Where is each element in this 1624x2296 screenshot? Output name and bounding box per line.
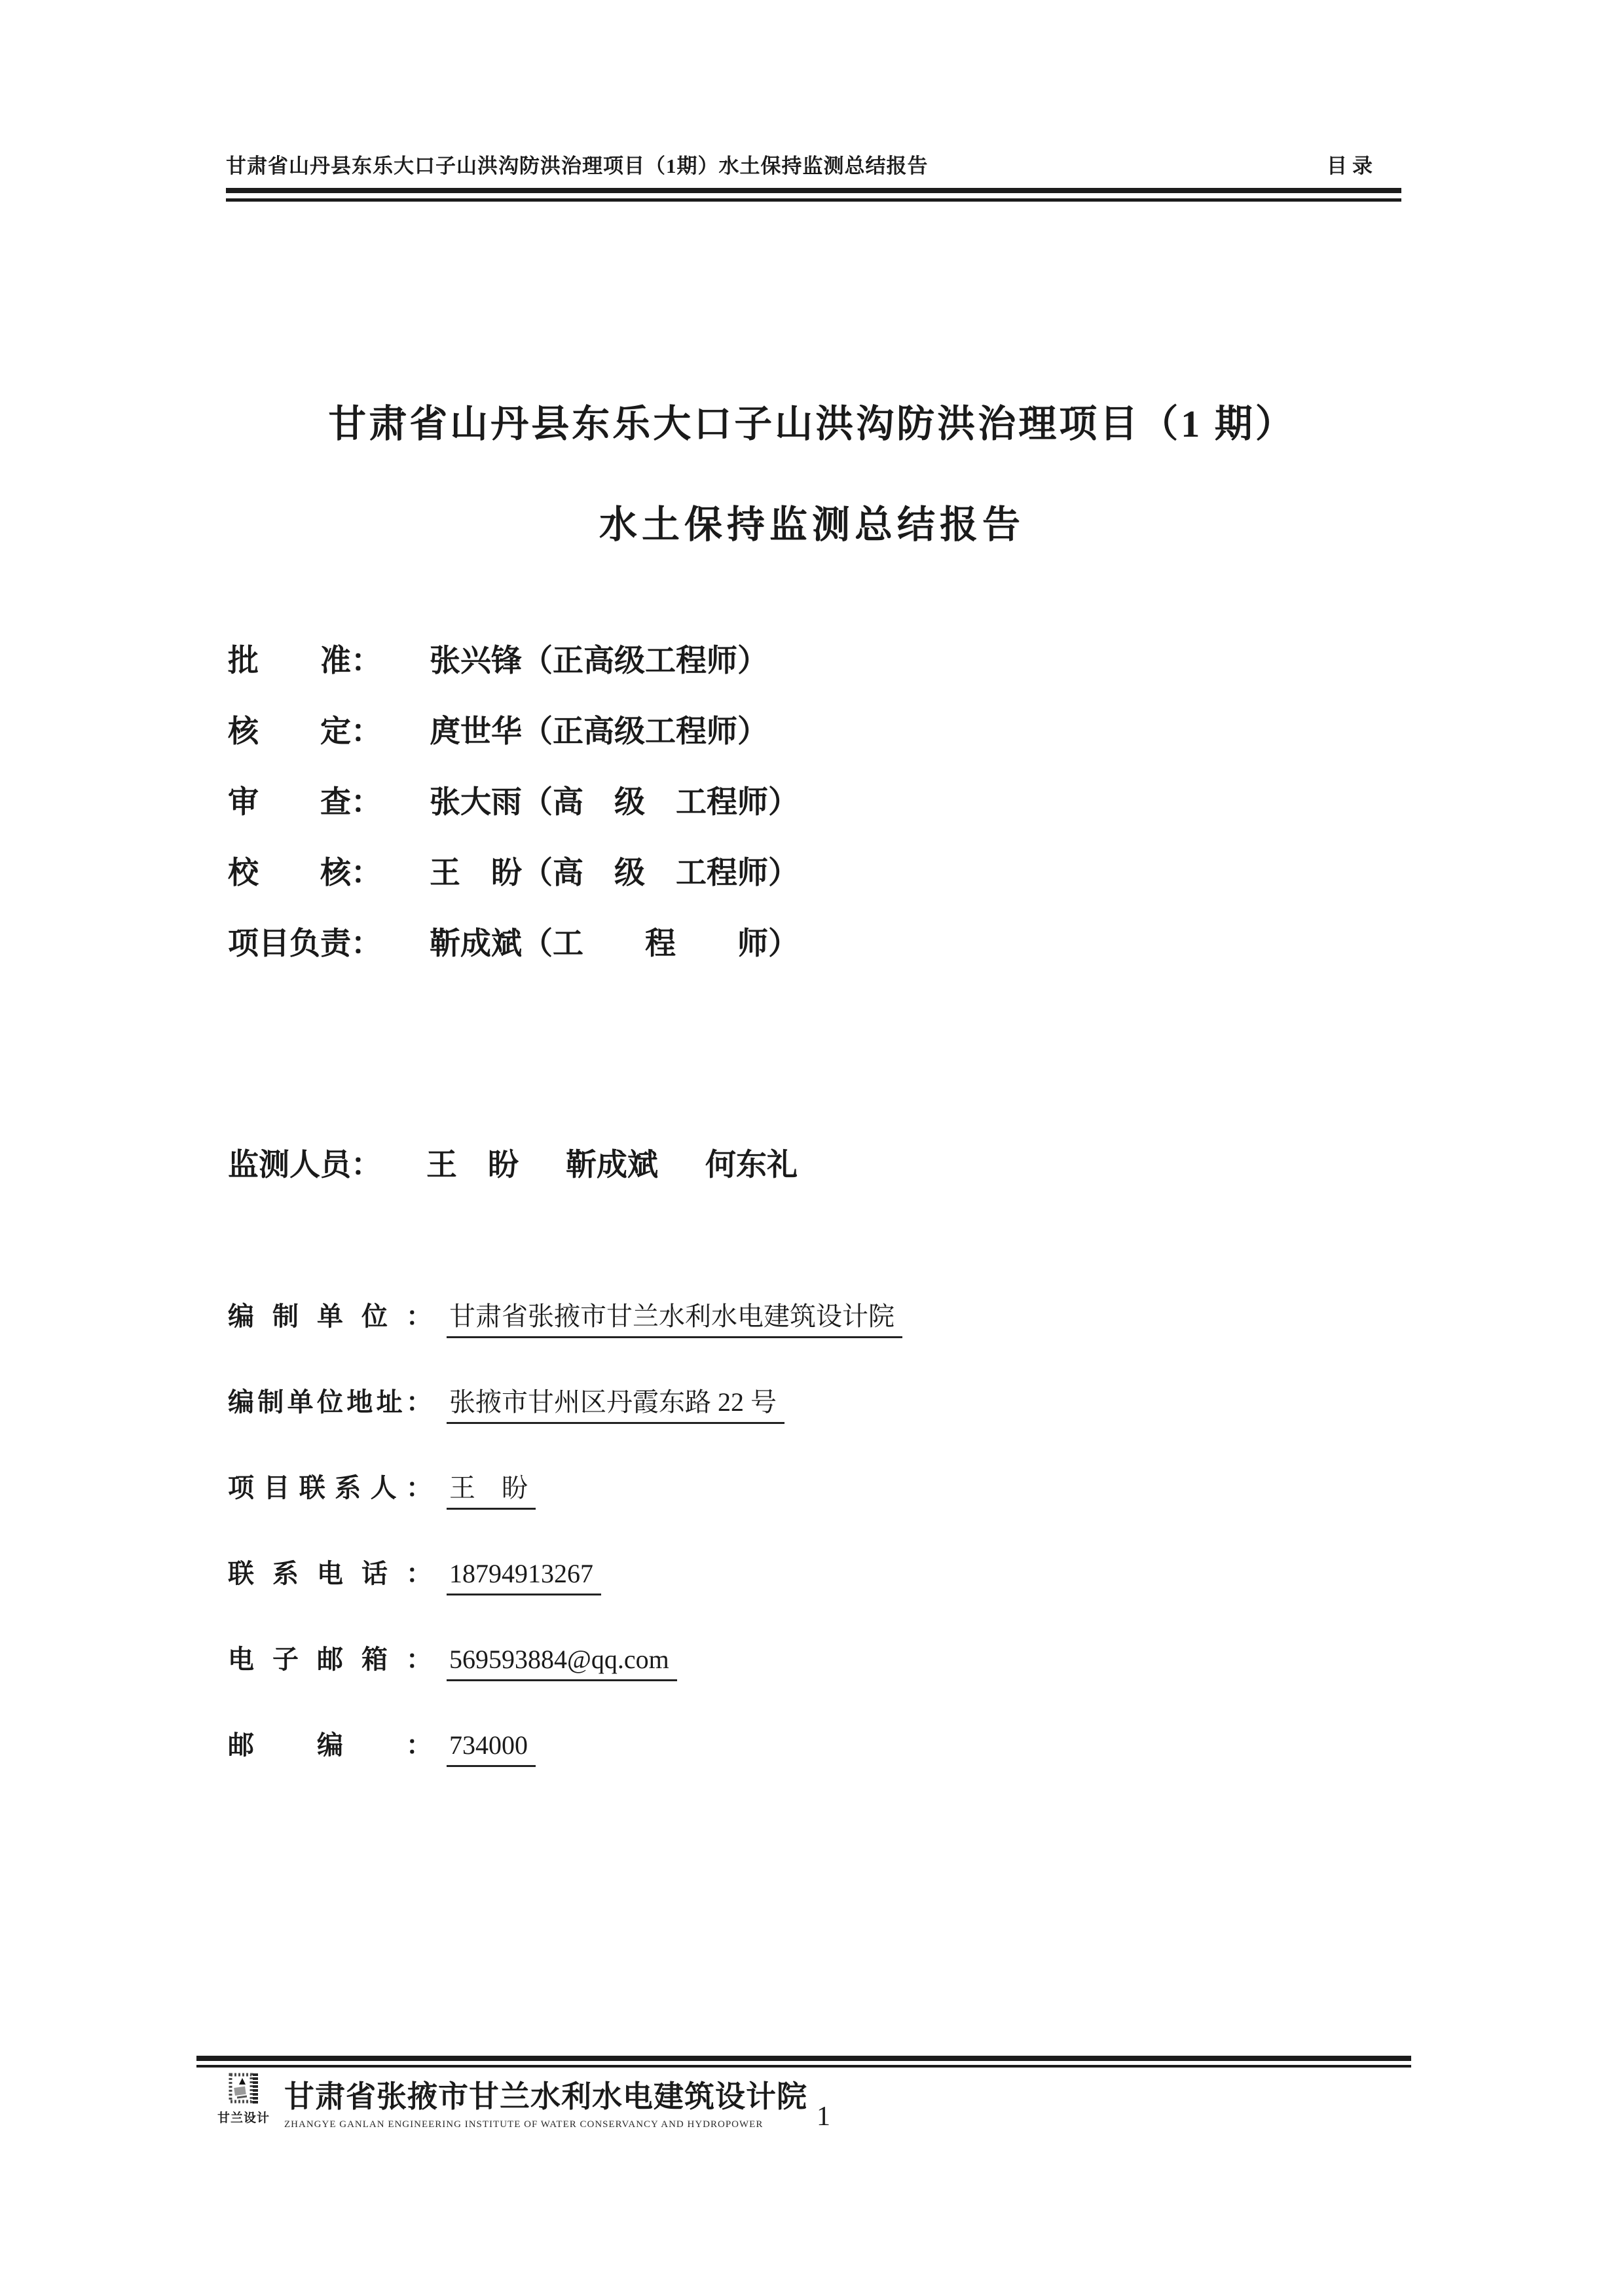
page-footer: 甘兰设计 甘肃省张掖市甘兰水利水电建筑设计院 ZHANGYE GANLAN EN…: [196, 2056, 1411, 2130]
monitoring-person: 靳成斌: [566, 1140, 658, 1184]
monitoring-person: 王 盼: [426, 1140, 519, 1184]
document-title-line1: 甘肃省山丹县东乐大口子山洪沟防洪治理项目（1 期）: [0, 393, 1624, 448]
approval-label: 核 定：: [228, 716, 384, 748]
contact-row: 联系电话： 18794913267: [228, 1559, 902, 1595]
approval-value: 庹世华（正高级工程师）: [430, 716, 768, 748]
document-title: 甘肃省山丹县东乐大口子山洪沟防洪治理项目（1 期） 水土保持监测总结报告: [0, 393, 1624, 549]
footer-rule: [196, 2056, 1411, 2068]
contacts-list: 编制单位： 甘肃省张掖市甘兰水利水电建筑设计院 编制单位地址： 张掖市甘州区丹霞…: [228, 1302, 902, 1816]
contact-row: 电子邮箱： 569593884@qq.com: [228, 1645, 902, 1681]
monitoring-person: 何东礼: [705, 1140, 798, 1184]
contact-label: 电子邮箱：: [228, 1645, 432, 1675]
institute-logo-block: 甘兰设计: [215, 2073, 272, 2126]
contact-row: 邮编： 734000: [228, 1730, 902, 1767]
page-header: 甘肃省山丹县东乐大口子山洪沟防洪治理项目（1期）水土保持监测总结报告 目录: [226, 149, 1401, 202]
approval-row: 校 核： 王 盼（高 级 工程师）: [228, 857, 799, 890]
contact-label: 编制单位地址：: [228, 1387, 432, 1417]
approval-row: 批 准： 张兴锋（正高级工程师）: [228, 645, 799, 678]
approval-label: 审 查：: [228, 786, 384, 819]
contact-value: 甘肃省张掖市甘兰水利水电建筑设计院: [447, 1302, 902, 1338]
monitoring-label: 监测人员：: [228, 1140, 382, 1184]
contact-row: 编制单位地址： 张掖市甘州区丹霞东路 22 号: [228, 1387, 902, 1424]
running-header-title: 甘肃省山丹县东乐大口子山洪沟防洪治理项目（1期）水土保持监测总结报告: [226, 149, 929, 179]
contact-label: 邮编：: [228, 1730, 432, 1760]
approval-label: 校 核：: [228, 857, 384, 890]
logo-caption: 甘兰设计: [217, 2108, 270, 2126]
ganlan-design-logo-icon: [229, 2073, 259, 2104]
approvals-list: 批 准： 张兴锋（正高级工程师） 核 定： 庹世华（正高级工程师） 审 查： 张…: [228, 645, 799, 998]
document-page: 甘肃省山丹县东乐大口子山洪沟防洪治理项目（1期）水土保持监测总结报告 目录 甘肃…: [0, 0, 1624, 2296]
contact-value: 569593884@qq.com: [447, 1645, 677, 1681]
approval-row: 审 查： 张大雨（高 级 工程师）: [228, 786, 799, 819]
institute-name-block: 甘肃省张掖市甘兰水利水电建筑设计院 ZHANGYE GANLAN ENGINEE…: [284, 2073, 807, 2130]
approval-value: 靳成斌（工 程 师）: [430, 928, 799, 960]
monitoring-row: 监测人员： 王 盼 靳成斌 何东礼: [228, 1140, 845, 1184]
institute-name-en: ZHANGYE GANLAN ENGINEERING INSTITUTE OF …: [284, 2119, 807, 2130]
contact-row: 编制单位： 甘肃省张掖市甘兰水利水电建筑设计院: [228, 1302, 902, 1338]
approval-label: 批 准：: [228, 645, 384, 678]
approval-row: 核 定： 庹世华（正高级工程师）: [228, 716, 799, 748]
approval-label: 项目负责：: [228, 928, 384, 960]
approval-value: 张兴锋（正高级工程师）: [430, 645, 768, 678]
running-header-section: 目录: [1327, 149, 1378, 179]
contact-label: 项目联系人：: [228, 1473, 432, 1503]
institute-name-cn: 甘肃省张掖市甘兰水利水电建筑设计院: [284, 2073, 807, 2116]
contact-value: 18794913267: [447, 1559, 601, 1595]
approval-value: 王 盼（高 级 工程师）: [430, 857, 799, 890]
contact-value: 张掖市甘州区丹霞东路 22 号: [447, 1387, 784, 1424]
contact-value: 王 盼: [447, 1473, 536, 1510]
approval-value: 张大雨（高 级 工程师）: [430, 786, 799, 819]
header-rule: [226, 188, 1401, 202]
contact-label: 编制单位：: [228, 1302, 432, 1332]
contact-label: 联系电话：: [228, 1559, 432, 1589]
footer-page-mark: 1: [817, 2103, 830, 2130]
contact-row: 项目联系人： 王 盼: [228, 1473, 902, 1510]
document-title-line2: 水土保持监测总结报告: [0, 494, 1624, 549]
approval-row: 项目负责： 靳成斌（工 程 师）: [228, 928, 799, 960]
contact-value: 734000: [447, 1730, 536, 1767]
